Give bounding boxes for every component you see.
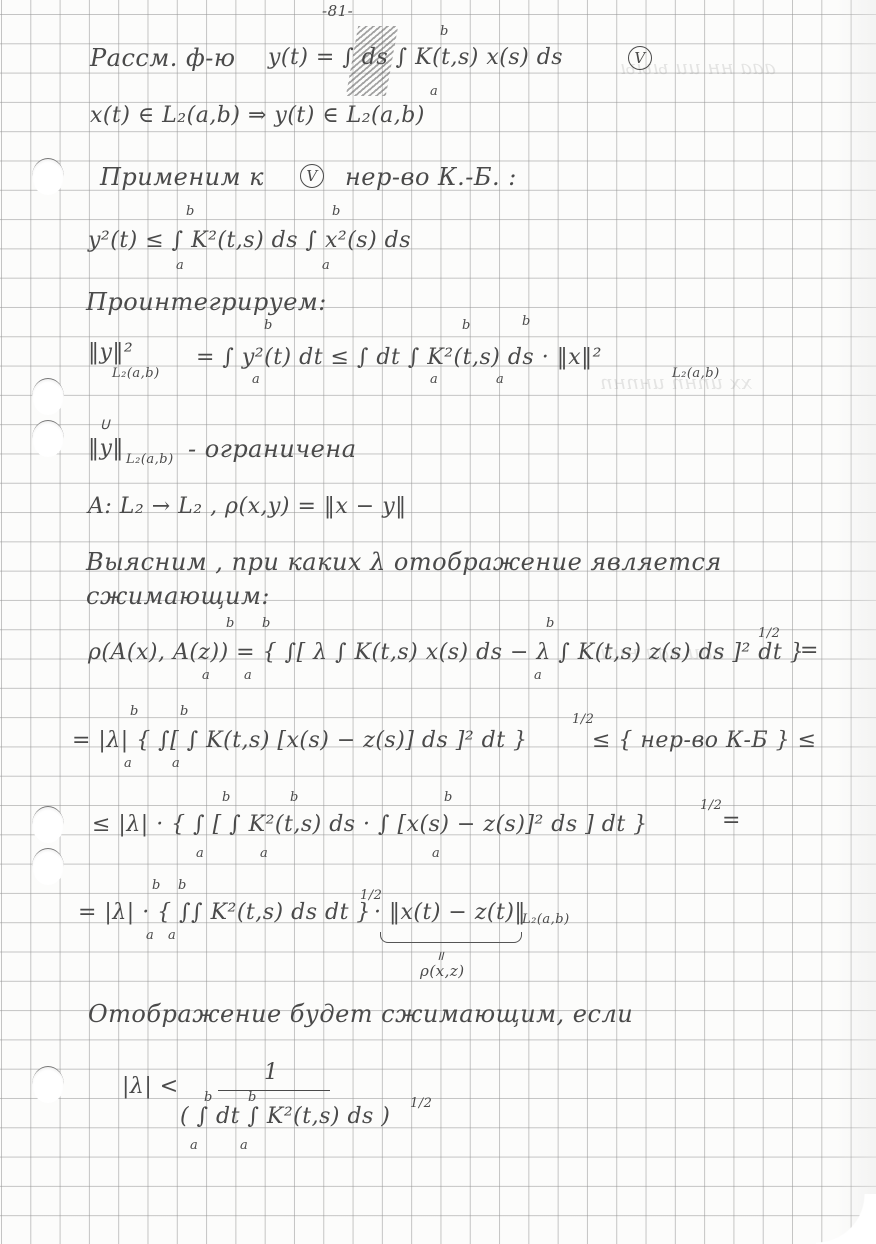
fraction-bar: [218, 1090, 330, 1091]
integral-lower-limit: a: [176, 258, 184, 273]
integral-lower-limit: a: [190, 1138, 198, 1153]
underbrace: [380, 932, 522, 943]
formula-y-squared-bound: y²(t) ≤ ∫ K²(t,s) ds ∫ x²(s) ds: [88, 228, 411, 253]
fraction-denominator: ( ∫ dt ∫ K²(t,s) ds ): [180, 1104, 390, 1129]
integral-upper-limit: b: [226, 616, 235, 631]
integral-upper-limit: b: [264, 318, 273, 333]
page-edge-shadow: [836, 0, 876, 1244]
integral-upper-limit: b: [262, 616, 271, 631]
exponent-half: 1/2: [410, 1096, 432, 1111]
integral-upper-limit: b: [180, 704, 189, 719]
integral-lower-limit: a: [252, 372, 260, 387]
integral-lower-limit: a: [172, 756, 180, 771]
integral-lower-limit: a: [244, 668, 252, 683]
formula-cb-applied: ≤ |λ| · { ∫ [ ∫ K²(t,s) ds · ∫ [x(s) − z…: [92, 812, 648, 837]
integral-upper-limit: b: [522, 314, 531, 329]
formula-final-bound: = |λ| · { ∫∫ K²(t,s) ds dt }: [78, 900, 371, 925]
integral-upper-limit: b: [178, 878, 187, 893]
integral-lower-limit: a: [430, 372, 438, 387]
punch-hole: [32, 806, 64, 843]
equation-marker-v: V: [300, 164, 324, 188]
integral-lower-limit: a: [430, 84, 438, 99]
page-number: -81-: [322, 2, 353, 20]
line-consider-label: Рассм. ф-ю: [90, 44, 236, 72]
equation-marker-label: V: [300, 164, 324, 188]
formula-lambda-factor: = |λ| { ∫[ ∫ K(t,s) [x(s) − z(s)] ds ]² …: [72, 728, 528, 753]
integral-lower-limit: a: [240, 1138, 248, 1153]
formula-norm-y-squared: ‖y‖²: [88, 340, 133, 365]
formula-lambda-condition: |λ| <: [122, 1074, 179, 1099]
formula-norm-bound: = ∫ y²(t) dt ≤ ∫ dt ∫ K²(t,s) ds · ‖x‖²: [196, 345, 602, 370]
integral-lower-limit: a: [196, 846, 204, 861]
punch-hole: [32, 378, 64, 415]
punch-hole: [32, 420, 64, 457]
formula-norm-difference: · ‖x(t) − z(t)‖: [374, 900, 526, 925]
cauchy-bunyakovsky-note: ≤ { нер-во К-Б } ≤: [592, 728, 817, 753]
integral-upper-limit: b: [546, 616, 555, 631]
integral-lower-limit: a: [168, 928, 176, 943]
integral-upper-limit: b: [222, 790, 231, 805]
equals-sign: =: [800, 638, 819, 663]
norm-subscript: L₂(a,b): [112, 366, 160, 381]
equation-marker-v: V: [628, 46, 652, 70]
punch-hole: [32, 848, 64, 885]
punch-hole: [32, 158, 64, 195]
integral-lower-limit: a: [202, 668, 210, 683]
notebook-page: ааа нн ии ыыы хх ипнп инпнп ааи ааа нии …: [0, 0, 876, 1244]
formula-l2-implication: x(t) ∈ L₂(a,b) ⇒ y(t) ∈ L₂(a,b): [90, 103, 425, 128]
equation-marker-label: V: [628, 46, 652, 70]
line-is-bounded: - ограничена: [188, 435, 357, 463]
line-contracting: сжимающим:: [86, 582, 270, 610]
integral-lower-limit: a: [146, 928, 154, 943]
fraction-numerator: 1: [264, 1060, 279, 1085]
line-cauchy-bunyakovsky: нер-во К.-Б. :: [345, 163, 517, 191]
line-conclusion: Отображение будет сжимающим, если: [88, 1000, 633, 1028]
rho-x-z: ρ(x,z): [420, 962, 465, 980]
integral-lower-limit: a: [432, 846, 440, 861]
norm-subscript: L₂(a,b): [672, 366, 720, 381]
integral-lower-limit: a: [322, 258, 330, 273]
exponent-half: 1/2: [700, 798, 722, 813]
line-apply: Применим к: [100, 163, 264, 191]
integral-upper-limit: b: [440, 24, 449, 39]
formula-norm-y: ‖y‖: [88, 436, 124, 461]
page-corner: [816, 1194, 876, 1244]
integral-lower-limit: a: [496, 372, 504, 387]
integral-upper-limit: b: [248, 1090, 257, 1105]
formula-y-definition: y(t) = ∫ ds ∫ K(t,s) x(s) ds: [268, 45, 563, 70]
integral-upper-limit: b: [444, 790, 453, 805]
formula-rho-A: ρ(A(x), A(z)) = { ∫[ λ ∫ K(t,s) x(s) ds …: [88, 640, 804, 665]
integral-upper-limit: b: [186, 204, 195, 219]
line-integrate: Проинтегрируем:: [86, 288, 327, 316]
bounded-mark: ᑌ: [100, 418, 110, 433]
integral-upper-limit: b: [290, 790, 299, 805]
integral-lower-limit: a: [260, 846, 268, 861]
formula-operator-metric: A: L₂ → L₂ , ρ(x,y) = ‖x − y‖: [88, 494, 407, 519]
exponent-half: 1/2: [572, 712, 594, 727]
integral-upper-limit: b: [462, 318, 471, 333]
norm-subscript: L₂(a,b): [522, 912, 570, 927]
integral-upper-limit: b: [130, 704, 139, 719]
integral-upper-limit: b: [204, 1090, 213, 1105]
punch-hole: [32, 1066, 64, 1103]
exponent-half: 1/2: [758, 626, 780, 641]
norm-subscript: L₂(a,b): [126, 452, 174, 467]
line-find-lambda: Выясним , при каких λ отображение являет…: [86, 548, 722, 576]
equals-sign: =: [722, 808, 741, 833]
integral-lower-limit: a: [534, 668, 542, 683]
integral-lower-limit: a: [124, 756, 132, 771]
integral-upper-limit: b: [332, 204, 341, 219]
integral-upper-limit: b: [152, 878, 161, 893]
